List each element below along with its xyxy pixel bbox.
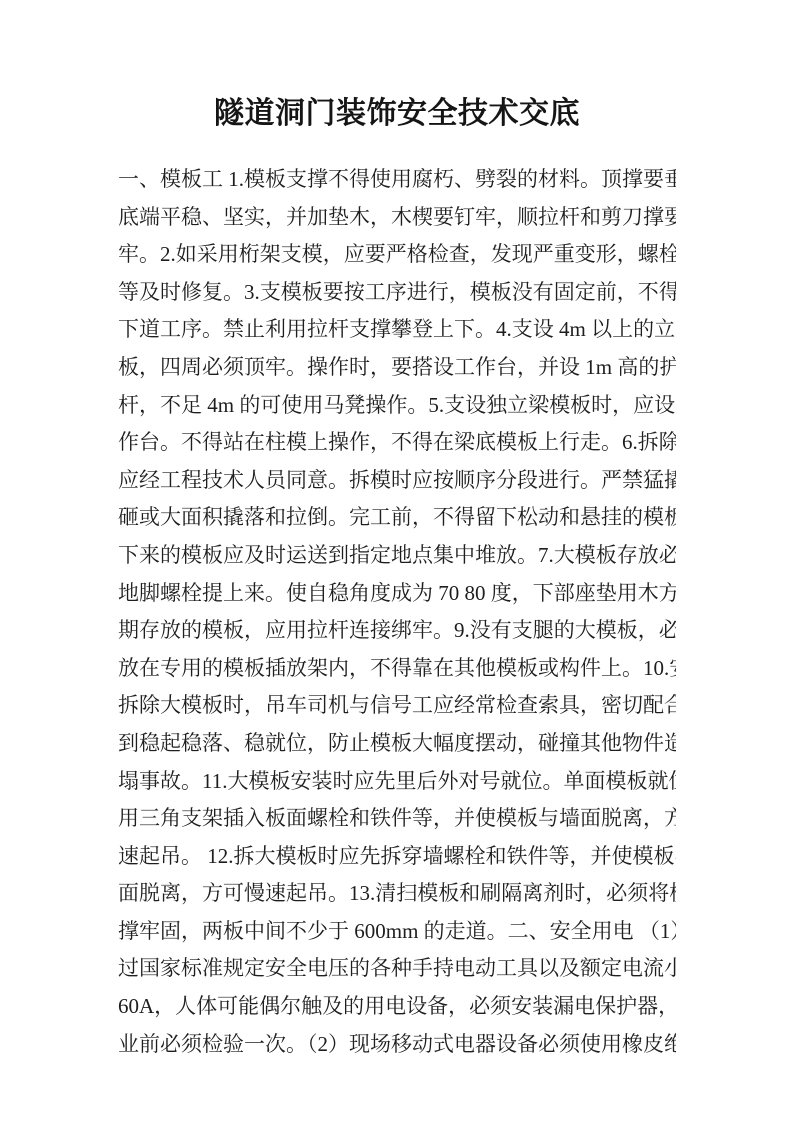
text-line: 业前必须检验一次。（2）现场移动式电器设备必须使用橡皮绝缘电 bbox=[118, 1026, 676, 1064]
text-line: 60A，人体可能偶尔触及的用电设备，必须安装漏电保护器，每班作 bbox=[118, 988, 676, 1026]
text-line: 牢。2.如采用桁架支模，应要严格检查，发现严重变形，螺栓松动 bbox=[118, 236, 676, 274]
text-line: 期存放的模板，应用拉杆连接绑牢。9.没有支腿的大模板，必须存 bbox=[118, 612, 676, 650]
document-body: 一、模板工 1.模板支撑不得使用腐朽、劈裂的材料。顶撑要垂直，底端平稳、坚实，并… bbox=[118, 161, 676, 1063]
text-line: 塌事故。11.大模板安装时应先里后外对号就位。单面模板就位后， bbox=[118, 763, 676, 801]
text-line: 速起吊。 12.拆大模板时应先拆穿墙螺栓和铁件等，并使模板与墙 bbox=[118, 838, 676, 876]
text-line: 面脱离，方可慢速起吊。13.清扫模板和刷隔离剂时，必须将模板支 bbox=[118, 875, 676, 913]
text-line: 底端平稳、坚实，并加垫木，木楔要钉牢，顺拉杆和剪刀撑要拉 bbox=[118, 199, 676, 237]
text-line: 等及时修复。3.支模板要按工序进行，模板没有固定前，不得进行 bbox=[118, 274, 676, 312]
text-line: 放在专用的模板插放架内，不得靠在其他模板或构件上。10.安装和 bbox=[118, 650, 676, 688]
text-line: 拆除大模板时，吊车司机与信号工应经常检查索具，密切配合，做 bbox=[118, 687, 676, 725]
text-line: 作台。不得站在柱模上操作，不得在梁底模板上行走。6.拆除模板 bbox=[118, 424, 676, 462]
text-line: 撑牢固，两板中间不少于 600mm 的走道。二、安全用电 （1）凡超 bbox=[118, 913, 676, 951]
text-line: 到稳起稳落、稳就位，防止模板大幅度摆动，碰撞其他物件造成倒 bbox=[118, 725, 676, 763]
text-line: 砸或大面积撬落和拉倒。完工前，不得留下松动和悬挂的模板。拆 bbox=[118, 499, 676, 537]
text-line: 一、模板工 1.模板支撑不得使用腐朽、劈裂的材料。顶撑要垂直， bbox=[118, 161, 676, 199]
document-page: 隧道洞门装饰安全技术交底 一、模板工 1.模板支撑不得使用腐朽、劈裂的材料。顶撑… bbox=[0, 0, 793, 1122]
text-line: 下道工序。禁止利用拉杆支撑攀登上下。4.支设 4m 以上的立柱模 bbox=[118, 311, 676, 349]
text-line: 杆，不足 4m 的可使用马凳操作。5.支设独立梁模板时，应设临时工 bbox=[118, 387, 676, 425]
text-line: 下来的模板应及时运送到指定地点集中堆放。7.大模板存放必须将 bbox=[118, 537, 676, 575]
text-line: 板，四周必须顶牢。操作时，要搭设工作台，并设 1m 高的护身栏 bbox=[118, 349, 676, 387]
document-title: 隧道洞门装饰安全技术交底 bbox=[118, 95, 676, 133]
text-line: 用三角支架插入板面螺栓和铁件等，并使模板与墙面脱离，方可慢 bbox=[118, 800, 676, 838]
text-line: 地脚螺栓提上来。使自稳角度成为 70 80 度，下部座垫用木方，长 bbox=[118, 575, 676, 613]
text-line: 应经工程技术人员同意。拆模时应按顺序分段进行。严禁猛撬、硬 bbox=[118, 462, 676, 500]
text-line: 过国家标准规定安全电压的各种手持电动工具以及额定电流小于 bbox=[118, 950, 676, 988]
